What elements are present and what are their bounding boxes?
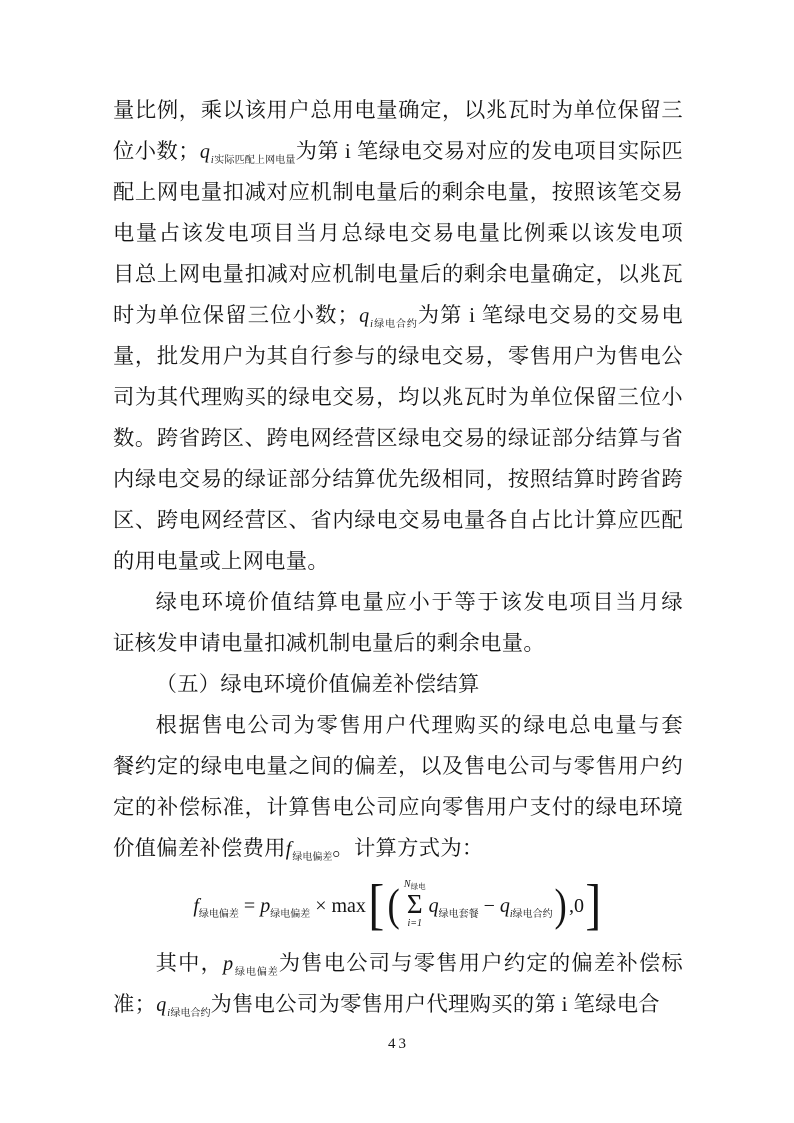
text-line: 区、跨电网经营区、省内绿电交易电量各自占比计算应匹配 bbox=[113, 500, 683, 541]
text-run: 区、跨电网经营区、省内绿电交易电量各自占比计算应匹配 bbox=[113, 508, 683, 532]
text-run: 证核发申请电量扣减机制电量后的剩余电量。 bbox=[113, 631, 545, 655]
text-line: 内绿电交易的绿证部分结算优先级相同，按照结算时跨省跨 bbox=[113, 459, 683, 500]
sum-lower-limit: i=1 bbox=[407, 919, 422, 929]
f-subscript: 绿电偏差 bbox=[199, 909, 239, 920]
summation-symbol: N绿电Σi=1 bbox=[404, 880, 426, 930]
text-run: 司为其代理购买的绿电交易，均以兆瓦时为单位保留三位小 bbox=[113, 385, 683, 409]
times-sign: × bbox=[315, 895, 326, 917]
text-run: 内绿电交易的绿证部分结算优先级相同，按照结算时跨省跨 bbox=[113, 467, 683, 491]
text-run: 时为单位保留三位小数； bbox=[113, 303, 359, 327]
equals-sign: = bbox=[244, 895, 255, 917]
text-run: 准； bbox=[113, 992, 156, 1016]
text-line: 其中，p绿电偏差为售电公司与零售用户约定的偏差补偿标 bbox=[113, 943, 683, 984]
text-run: 数。跨省跨区、跨电网经营区绿电交易的绿证部分结算与省 bbox=[113, 426, 683, 450]
text-line: 量比例，乘以该用户总用电量确定，以兆瓦时为单位保留三 bbox=[113, 90, 683, 131]
inline-math: p绿电偏差 bbox=[223, 951, 279, 975]
p-subscript: 绿电偏差 bbox=[270, 909, 310, 920]
text-line: 证核发申请电量扣减机制电量后的剩余电量。 bbox=[113, 623, 683, 664]
sigma-icon: Σ bbox=[407, 890, 423, 919]
inline-math: f绿电偏差 bbox=[286, 836, 333, 860]
right-bracket: ] bbox=[585, 877, 601, 933]
text-run: 电量占该发电项目当月总绿电交易电量比例乘以该发电项 bbox=[113, 221, 683, 245]
text-run: 定的补偿标准，计算售电公司应向零售用户支付的绿电环境 bbox=[113, 795, 683, 819]
text-run: 餐约定的绿电电量之间的偏差，以及售电公司与零售用户约 bbox=[113, 754, 683, 778]
left-bracket: [ bbox=[368, 877, 384, 933]
text-run: 为售电公司与零售用户约定的偏差补偿标 bbox=[279, 951, 683, 975]
text-run: 为售电公司为零售用户代理购买的第 i 笔绿电合 bbox=[210, 992, 659, 1016]
text-line: 电量占该发电项目当月总绿电交易电量比例乘以该发电项 bbox=[113, 213, 683, 254]
text-run: 位小数； bbox=[113, 139, 200, 163]
text-run: 的用电量或上网电量。 bbox=[113, 549, 329, 573]
formula-f-term: f绿电偏差 bbox=[193, 895, 239, 917]
text-run: 价值偏差补偿费用 bbox=[113, 836, 286, 860]
formula-q1-term: q绿电套餐 bbox=[429, 895, 479, 917]
document-page: 量比例，乘以该用户总用电量确定，以兆瓦时为单位保留三位小数；qi实际匹配上网电量… bbox=[0, 0, 794, 1123]
text-line: 的用电量或上网电量。 bbox=[113, 541, 683, 582]
inline-math: qi实际匹配上网电量 bbox=[200, 139, 296, 163]
text-line: 绿电环境价值结算电量应小于等于该发电项目当月绿 bbox=[113, 582, 683, 623]
text-line: 量，批发用户为其自行参与的绿电交易，零售用户为售电公 bbox=[113, 336, 683, 377]
text-run: 配上网电量扣减对应机制电量后的剩余电量，按照该笔交易 bbox=[113, 180, 683, 204]
text-line: 餐约定的绿电电量之间的偏差，以及售电公司与零售用户约 bbox=[113, 746, 683, 787]
max-function: max bbox=[331, 895, 365, 917]
formula-q2-term: qi绿电合约 bbox=[500, 895, 553, 917]
text-line: 目总上网电量扣减对应机制电量后的剩余电量确定，以兆瓦 bbox=[113, 254, 683, 295]
text-line: （五）绿电环境价值偏差补偿结算 bbox=[113, 664, 683, 705]
paragraphs-after-formula: 其中，p绿电偏差为售电公司与零售用户约定的偏差补偿标准；qi绿电合约为售电公司为… bbox=[113, 943, 683, 1025]
text-line: 数。跨省跨区、跨电网经营区绿电交易的绿证部分结算与省 bbox=[113, 418, 683, 459]
inline-math: qi绿电合约 bbox=[156, 992, 210, 1016]
text-run: 根据售电公司为零售用户代理购买的绿电总电量与套 bbox=[156, 713, 683, 737]
document-body: 量比例，乘以该用户总用电量确定，以兆瓦时为单位保留三位小数；qi实际匹配上网电量… bbox=[113, 90, 683, 1025]
formula-block: f绿电偏差=p绿电偏差×max[(N绿电Σi=1q绿电套餐−qi绿电合约),0] bbox=[113, 869, 683, 943]
text-line: 位小数；qi实际匹配上网电量为第 i 笔绿电交易对应的发电项目实际匹 bbox=[113, 131, 683, 172]
text-run: 目总上网电量扣减对应机制电量后的剩余电量确定，以兆瓦 bbox=[113, 262, 683, 286]
text-line: 定的补偿标准，计算售电公司应向零售用户支付的绿电环境 bbox=[113, 787, 683, 828]
text-run: 为第 i 笔绿电交易对应的发电项目实际匹 bbox=[296, 139, 683, 163]
text-run: 其中， bbox=[156, 951, 224, 975]
p-base: p bbox=[260, 895, 270, 917]
text-run: 为第 i 笔绿电交易的交易电 bbox=[418, 303, 683, 327]
paragraphs-before-formula: 量比例，乘以该用户总用电量确定，以兆瓦时为单位保留三位小数；qi实际匹配上网电量… bbox=[113, 90, 683, 869]
text-run: 量，批发用户为其自行参与的绿电交易，零售用户为售电公 bbox=[113, 344, 683, 368]
text-run: 量比例，乘以该用户总用电量确定，以兆瓦时为单位保留三 bbox=[113, 98, 683, 122]
left-paren: ( bbox=[387, 882, 399, 928]
right-paren: ) bbox=[554, 882, 566, 928]
comma-zero: ,0 bbox=[569, 895, 584, 917]
text-line: 准；qi绿电合约为售电公司为零售用户代理购买的第 i 笔绿电合 bbox=[113, 984, 683, 1025]
text-line: 配上网电量扣减对应机制电量后的剩余电量，按照该笔交易 bbox=[113, 172, 683, 213]
text-line: 价值偏差补偿费用f绿电偏差。计算方式为： bbox=[113, 828, 683, 869]
page-number: 43 bbox=[0, 1036, 794, 1053]
text-line: 司为其代理购买的绿电交易，均以兆瓦时为单位保留三位小 bbox=[113, 377, 683, 418]
minus-sign: − bbox=[484, 895, 495, 917]
text-run: 绿电环境价值结算电量应小于等于该发电项目当月绿 bbox=[156, 590, 683, 614]
text-run: 。计算方式为： bbox=[332, 836, 483, 860]
text-line: 时为单位保留三位小数；qi绿电合约为第 i 笔绿电交易的交易电 bbox=[113, 295, 683, 336]
formula-p-term: p绿电偏差 bbox=[260, 895, 310, 917]
text-line: 根据售电公司为零售用户代理购买的绿电总电量与套 bbox=[113, 705, 683, 746]
inline-math: qi绿电合约 bbox=[359, 303, 418, 327]
text-run: （五）绿电环境价值偏差补偿结算 bbox=[156, 672, 480, 696]
